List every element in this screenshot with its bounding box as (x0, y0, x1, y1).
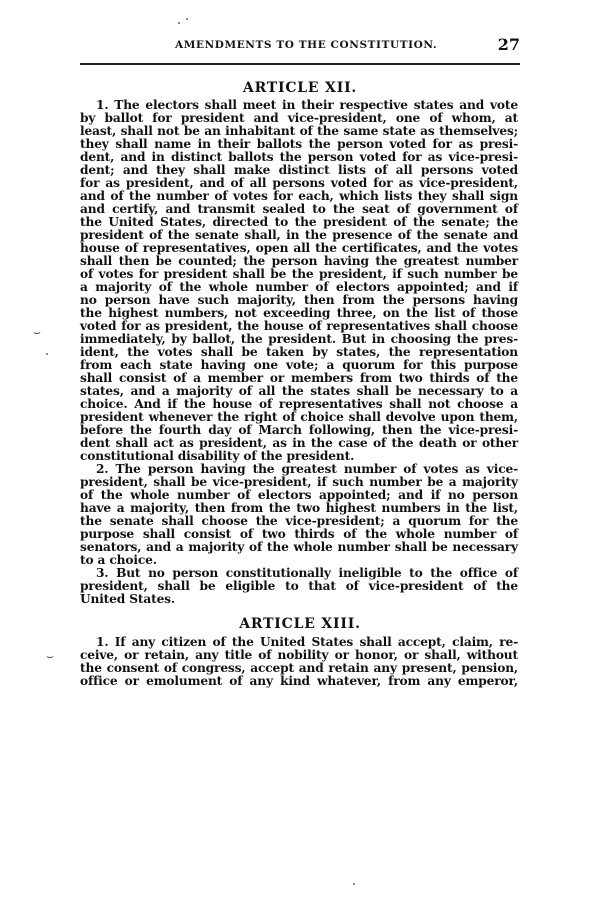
text-line: office or emolument of any kind whatever… (80, 675, 518, 688)
page-number: 27 (498, 35, 520, 54)
margin-mark: ⌣ (33, 325, 41, 340)
text-line: United States. (80, 593, 518, 606)
scan-speck (46, 353, 48, 355)
article-xii-title: ARTICLE XII. (0, 80, 600, 96)
running-header: AMENDMENTS TO THE CONSTITUTION. 27 (80, 37, 520, 55)
header-rule (80, 63, 520, 65)
document-page: AMENDMENTS TO THE CONSTITUTION. 27 ARTIC… (0, 0, 600, 905)
scan-speck (178, 22, 180, 24)
running-title: AMENDMENTS TO THE CONSTITUTION. (175, 39, 437, 51)
scan-speck (353, 883, 355, 885)
margin-mark: ⌣ (46, 649, 54, 664)
article-xiii-title: ARTICLE XIII. (0, 616, 600, 632)
scan-speck (186, 18, 188, 20)
